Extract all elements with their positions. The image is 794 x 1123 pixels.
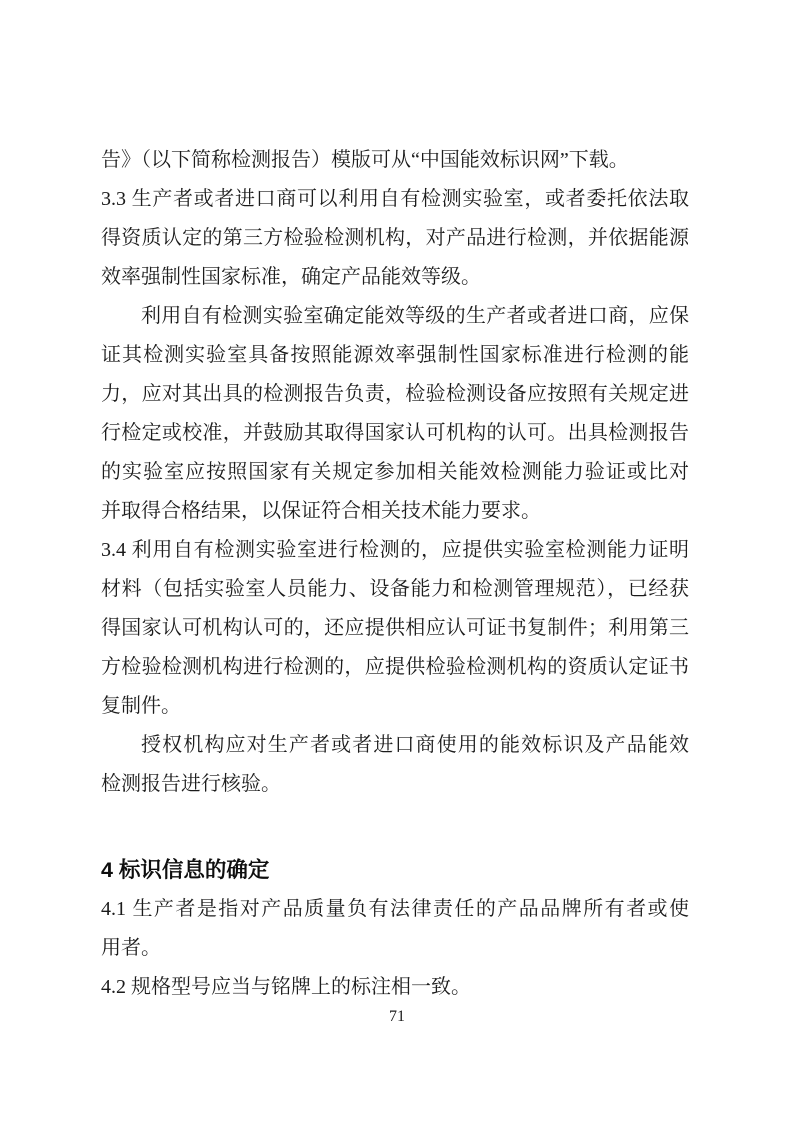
text-line: 方检验检测机构进行检测的，应提供检验检测机构的资质认定证书 — [101, 648, 689, 687]
text-line: 并取得合格结果，以保证符合相关技术能力要求。 — [101, 492, 689, 531]
text-line: 用者。 — [101, 929, 689, 968]
text-line: 材料（包括实验室人员能力、设备能力和检测管理规范），已经获 — [101, 570, 689, 609]
text-line: 证其检测实验室具备按照能源效率强制性国家标准进行检测的能 — [101, 336, 689, 375]
text-line: 4.1 生产者是指对产品质量负有法律责任的产品品牌所有者或使 — [101, 890, 689, 929]
text-line: 行检定或校准，并鼓励其取得国家认可机构的认可。出具检测报告 — [101, 414, 689, 453]
text-line: 得资质认定的第三方检验检测机构，对产品进行检测，并依据能源 — [101, 219, 689, 258]
section-heading: 4 标识信息的确定 — [101, 851, 689, 890]
text-line: 利用自有检测实验室确定能效等级的生产者或者进口商，应保 — [101, 297, 689, 336]
text-line: 的实验室应按照国家有关规定参加相关能效检测能力验证或比对 — [101, 453, 689, 492]
text-line: 复制件。 — [101, 687, 689, 726]
text-line: 4.2 规格型号应当与铭牌上的标注相一致。 — [101, 968, 689, 1007]
text-line: 力，应对其出具的检测报告负责，检验检测设备应按照有关规定进 — [101, 375, 689, 414]
text-line: 告》（以下简称检测报告）模版可从“中国能效标识网”下载。 — [101, 141, 689, 180]
footer: 71 — [0, 1005, 794, 1029]
document-body: 告》（以下简称检测报告）模版可从“中国能效标识网”下载。3.3 生产者或者进口商… — [101, 141, 689, 1007]
text-line: 3.3 生产者或者进口商可以利用自有检测实验室，或者委托依法取 — [101, 180, 689, 219]
text-line: 3.4 利用自有检测实验室进行检测的，应提供实验室检测能力证明 — [101, 531, 689, 570]
document-page: 告》（以下简称检测报告）模版可从“中国能效标识网”下载。3.3 生产者或者进口商… — [0, 0, 794, 1123]
text-line: 效率强制性国家标准，确定产品能效等级。 — [101, 258, 689, 297]
text-line: 授权机构应对生产者或者进口商使用的能效标识及产品能效 — [101, 726, 689, 765]
text-line: 检测报告进行核验。 — [101, 765, 689, 804]
page-number: 71 — [389, 1008, 405, 1025]
text-line: 得国家认可机构认可的，还应提供相应认可证书复制件；利用第三 — [101, 609, 689, 648]
